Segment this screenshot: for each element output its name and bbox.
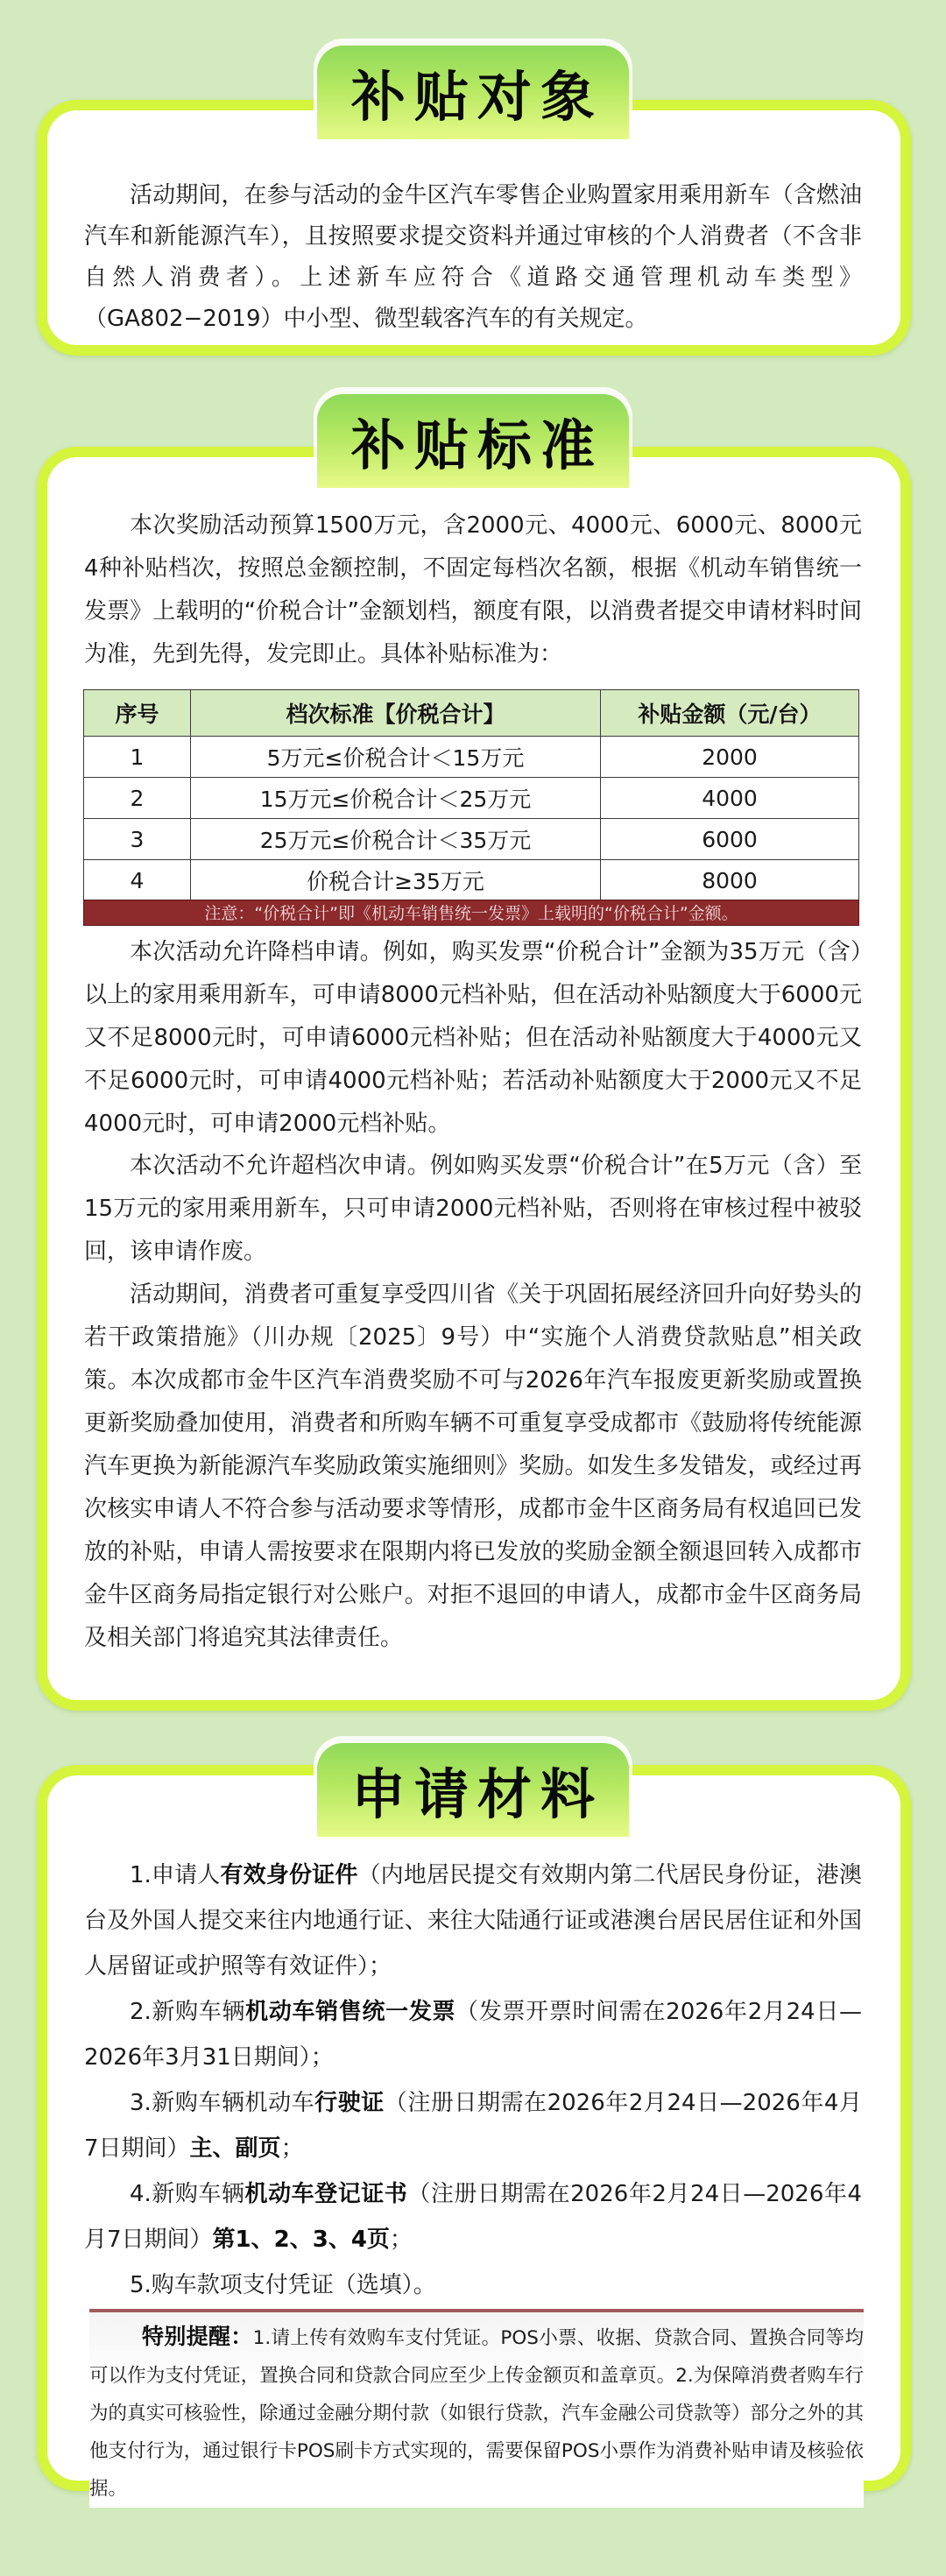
subsidy-tier-table: 序号 档次标准【价税合计】 补贴金额（元/台） 1 5万元≤价税合计＜15万元 … — [83, 689, 859, 901]
column-header: 序号 — [84, 690, 191, 737]
paragraph: 本次活动允许降档申请。例如，购买发票“价税合计”金额为35万元（含）以上的家用乘… — [84, 931, 862, 1146]
cell-index: 3 — [84, 819, 191, 860]
intro-paragraph: 本次奖励活动预算1500万元，含2000元、4000元、6000元、8000元4… — [84, 505, 862, 676]
item-bold-text: 机动车销售统一发票 — [245, 1999, 455, 2025]
paragraph: 活动期间，在参与活动的金牛区汽车零售企业购置家用乘用新车（含燃油汽车和新能源汽车… — [84, 175, 862, 340]
table-row: 1 5万元≤价税合计＜15万元 2000 — [84, 737, 859, 778]
table-row: 3 25万元≤价税合计＜35万元 6000 — [84, 819, 859, 860]
column-header: 补贴金额（元/台） — [601, 690, 859, 737]
item-text: ； — [281, 2135, 304, 2162]
cell-amount: 4000 — [601, 778, 859, 819]
material-item: 2.新购车辆机动车销售统一发票（发票开票时间需在2026年2月24日—2026年… — [84, 1989, 862, 2080]
cell-amount: 6000 — [601, 819, 859, 860]
paragraph: 活动期间，消费者可重复享受四川省《关于巩固拓展经济回升向好势头的若干政策措施》（… — [84, 1274, 862, 1660]
section-title-tab: 补贴对象 — [317, 46, 629, 139]
section-title-tab: 申请材料 — [317, 1743, 629, 1837]
table-row: 2 15万元≤价税合计＜25万元 4000 — [84, 778, 859, 819]
cell-index: 4 — [84, 860, 191, 901]
item-bold-text: 机动车登记证书 — [245, 2181, 408, 2207]
column-header: 档次标准【价税合计】 — [191, 690, 601, 737]
reminder-text: 1.请上传有效购车支付凭证。POS小票、收据、贷款合同、置换合同等均可以作为支付… — [89, 2327, 864, 2500]
item-bold-text: 有效身份证件 — [220, 1862, 357, 1888]
item-text: 3.新购车辆机动车 — [130, 2090, 314, 2116]
item-bold-text: 行驶证 — [314, 2090, 385, 2116]
table-header-row: 序号 档次标准【价税合计】 补贴金额（元/台） — [84, 690, 859, 737]
table-note-bar: 注意：“价税合计”即《机动车销售统一发票》上载明的“价税合计”金额。 — [83, 900, 859, 926]
material-item: 5.购车款项支付凭证（选填）。 — [84, 2262, 862, 2308]
section-title: 申请材料 — [342, 1751, 604, 1829]
section-title: 补贴标准 — [342, 402, 604, 480]
special-reminder-box: 特别提醒：1.请上传有效购车支付凭证。POS小票、收据、贷款合同、置换合同等均可… — [89, 2309, 864, 2508]
section-title: 补贴对象 — [342, 53, 604, 131]
table-row: 4 价税合计≥35万元 8000 — [84, 860, 859, 901]
cell-tier: 25万元≤价税合计＜35万元 — [191, 819, 601, 860]
item-bold-text: 主、副页 — [190, 2135, 281, 2162]
cell-index: 1 — [84, 737, 191, 778]
section-title-tab: 补贴标准 — [317, 394, 629, 488]
cell-index: 2 — [84, 778, 191, 819]
material-item: 1.申请人有效身份证件（内地居民提交有效期内第二代居民身份证，港澳台及外国人提交… — [84, 1853, 862, 1989]
reminder-label: 特别提醒： — [142, 2324, 253, 2349]
paragraph: 本次活动不允许超档次申请。例如购买发票“价税合计”在5万元（含）至15万元的家用… — [84, 1145, 862, 1274]
cell-amount: 8000 — [601, 860, 859, 901]
item-text: ； — [390, 2227, 413, 2253]
cell-tier: 15万元≤价税合计＜25万元 — [191, 778, 601, 819]
item-text: 1.申请人 — [130, 1862, 220, 1888]
material-item: 3.新购车辆机动车行驶证（注册日期需在2026年2月24日—2026年4月7日期… — [84, 2080, 862, 2171]
cell-amount: 2000 — [601, 737, 859, 778]
cell-tier: 5万元≤价税合计＜15万元 — [191, 737, 601, 778]
cell-tier: 价税合计≥35万元 — [191, 860, 601, 901]
item-text: 5.购车款项支付凭证（选填）。 — [130, 2272, 436, 2298]
item-text: 4.新购车辆 — [130, 2181, 245, 2207]
item-bold-text: 第1、2、3、4页 — [213, 2227, 390, 2253]
item-text: 2.新购车辆 — [130, 1999, 245, 2025]
material-item: 4.新购车辆机动车登记证书（注册日期需在2026年2月24日—2026年4月7日… — [84, 2171, 862, 2262]
